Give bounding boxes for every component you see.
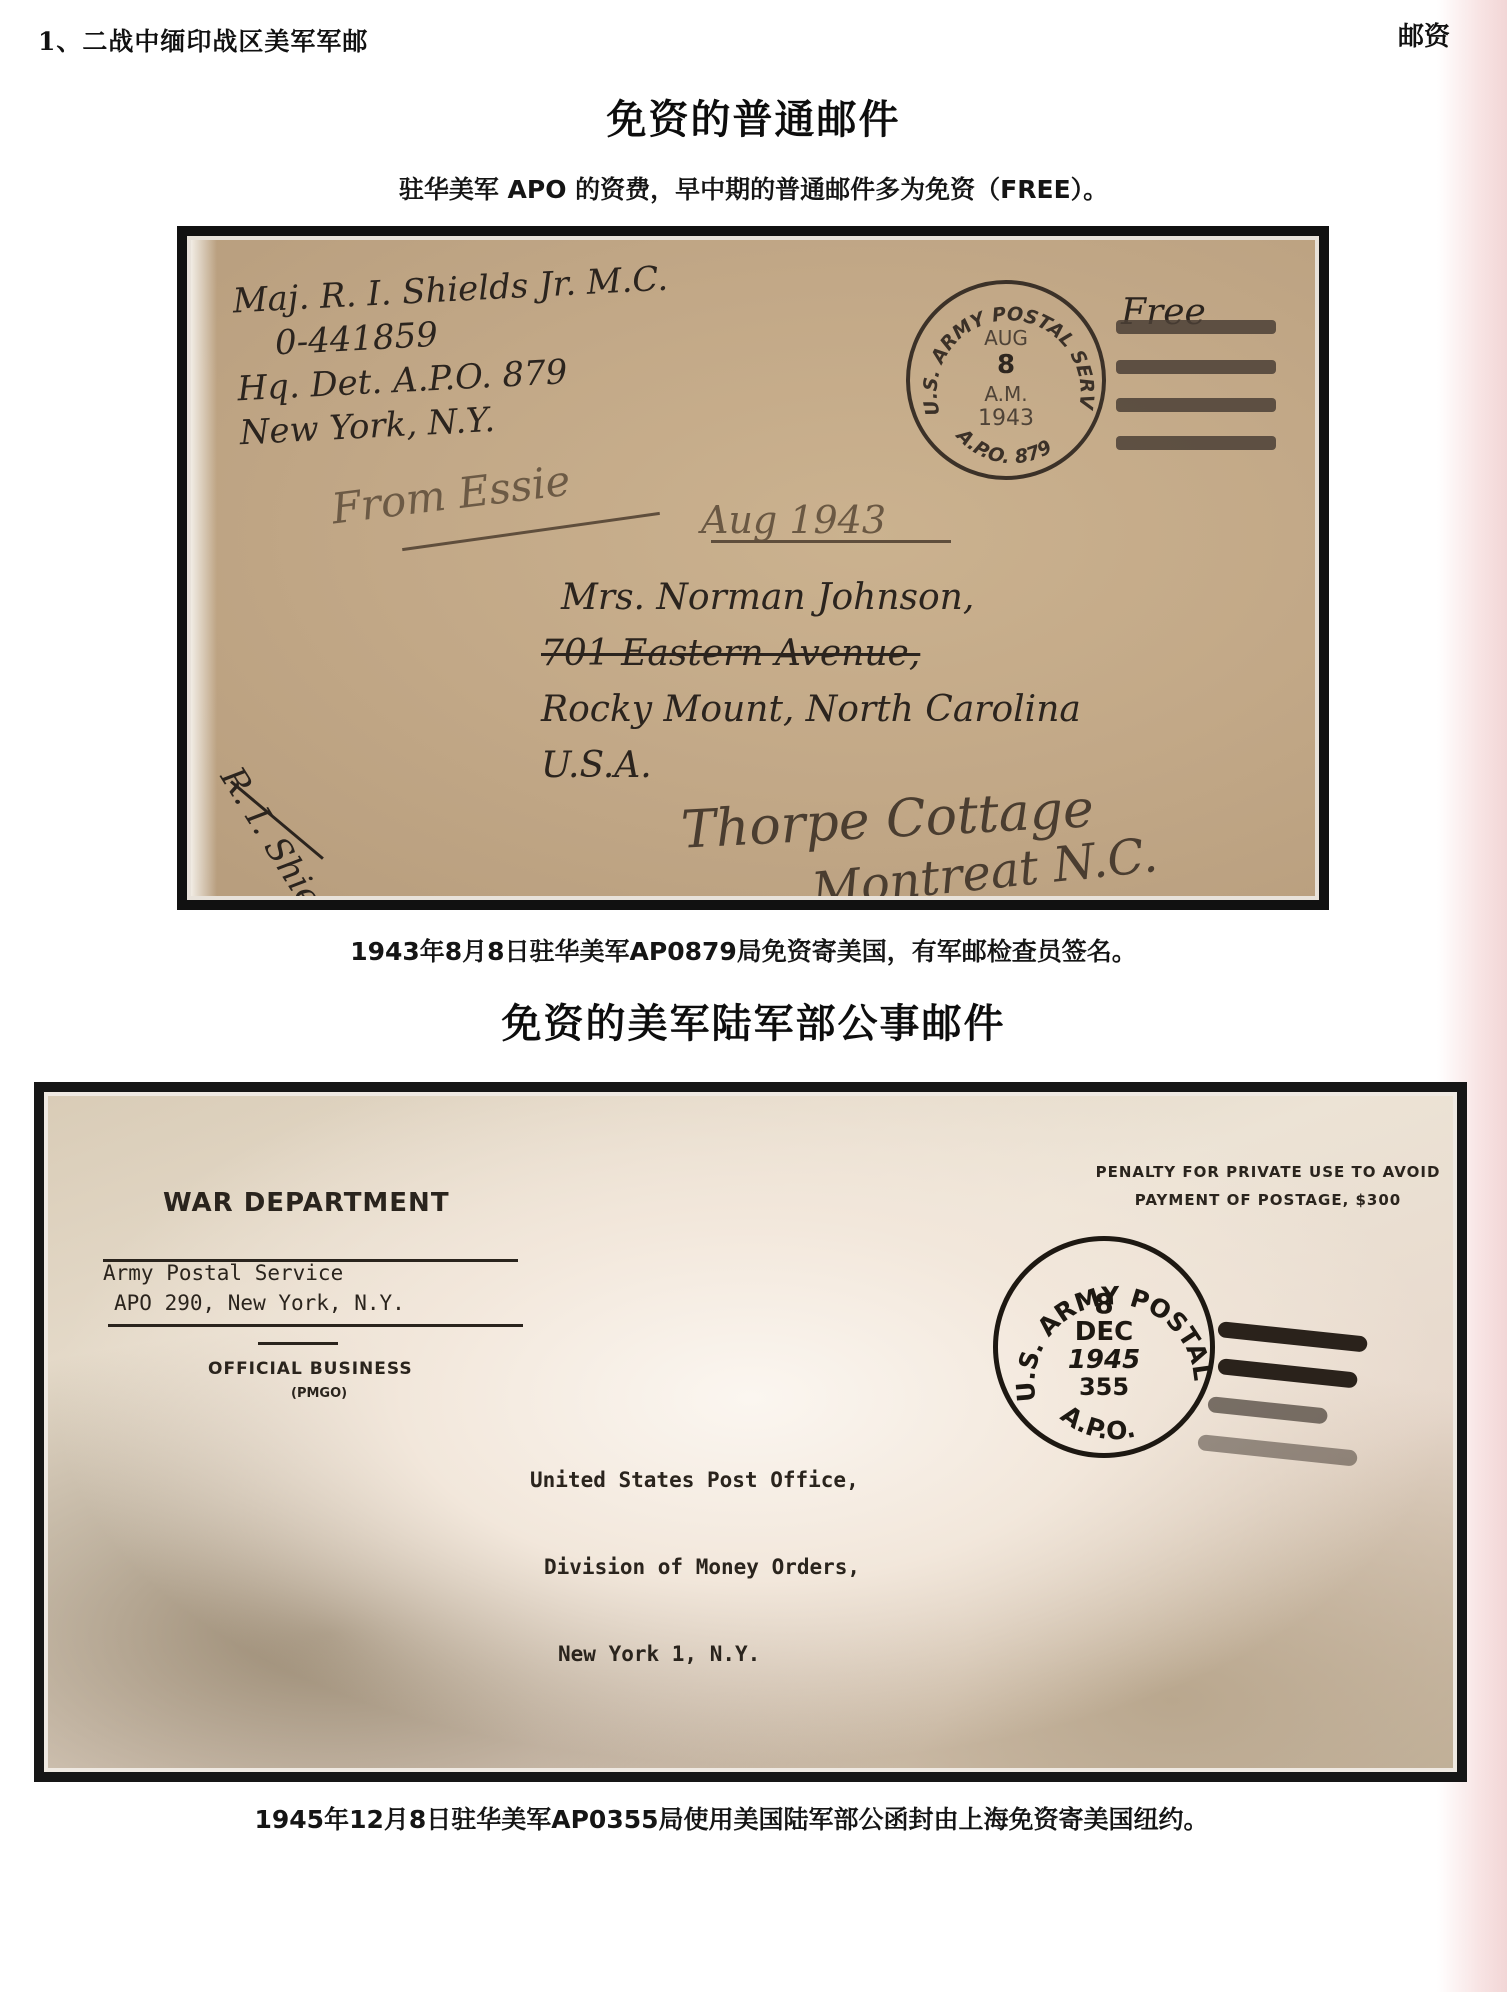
- censor-signature: R. I. Shields Jr.: [212, 760, 382, 900]
- recipient-line: Division of Money Orders,: [530, 1553, 860, 1582]
- category-label: 邮资: [1398, 16, 1450, 53]
- killer-bar: [1116, 320, 1276, 334]
- postmark-year: 1943: [910, 406, 1102, 431]
- official-code: (PMGO): [291, 1386, 347, 1401]
- return-address: Maj. R. I. Shields Jr. M.C. 0-441859 Hq.…: [232, 257, 676, 456]
- killer-bar: [1116, 436, 1276, 450]
- postmark-day: 8: [910, 350, 1102, 380]
- date-underline: [711, 540, 951, 543]
- recipient-line: Mrs. Norman Johnson,: [541, 570, 1081, 626]
- date-note: Aug 1943: [701, 498, 886, 542]
- recipient-line: United States Post Office,: [530, 1466, 860, 1495]
- sender-line1: Army Postal Service: [103, 1261, 343, 1285]
- section2-title: 免资的美军陆军部公事邮件: [0, 992, 1507, 1049]
- postmark-month: DEC: [998, 1317, 1210, 1347]
- recipient-line: Rocky Mount, North Carolina: [541, 682, 1081, 738]
- department-header: WAR DEPARTMENT: [163, 1188, 450, 1218]
- section-heading: 1、二战中缅印战区美军军邮: [38, 22, 368, 58]
- recipient-address: United States Post Office, Division of M…: [530, 1408, 860, 1727]
- section1-caption: 1943年8月8日驻华美军AP0879局免资寄美国，有军邮检查员签名。: [0, 932, 1497, 968]
- killer-bar: [1217, 1321, 1368, 1353]
- cover2-frame: WAR DEPARTMENT Army Postal Service APO 2…: [34, 1082, 1467, 1782]
- recipient-address: Mrs. Norman Johnson, 701 Eastern Avenue,…: [541, 570, 1081, 794]
- section2-caption: 1945年12月8日驻华美军AP0355局使用美国陆军部公函封由上海免资寄美国纽…: [0, 1800, 1485, 1836]
- penalty-notice: PENALTY FOR PRIVATE USE TO AVOID PAYMENT…: [1088, 1158, 1448, 1214]
- cover2-envelope: WAR DEPARTMENT Army Postal Service APO 2…: [44, 1092, 1457, 1772]
- postmark-year: 1945: [998, 1345, 1210, 1375]
- postmark-apo-number: 355: [998, 1373, 1210, 1401]
- killer-bar: [1116, 398, 1276, 412]
- cover1-frame: Maj. R. I. Shields Jr. M.C. 0-441859 Hq.…: [177, 226, 1329, 910]
- section1-intro: 驻华美军 APO 的资费，早中期的普通邮件多为免资（FREE）。: [0, 170, 1507, 206]
- penalty-line: PENALTY FOR PRIVATE USE TO AVOID: [1088, 1158, 1448, 1186]
- killer-bar: [1207, 1396, 1328, 1424]
- cover1-envelope: Maj. R. I. Shields Jr. M.C. 0-441859 Hq.…: [187, 236, 1319, 900]
- postmark-time: A.M.: [910, 382, 1102, 406]
- sender-line2: APO 290, New York, N.Y.: [114, 1291, 405, 1315]
- postmark-month: AUG: [910, 326, 1102, 350]
- recipient-line: New York 1, N.Y.: [530, 1640, 860, 1669]
- official-business: OFFICIAL BUSINESS: [208, 1359, 413, 1379]
- postmark-day: 8: [998, 1287, 1210, 1320]
- from-note: From Essie: [329, 456, 573, 534]
- rule-bottom: [108, 1324, 523, 1327]
- postmark-apo879: U.S. ARMY POSTAL SERVICE A.P.O. 879 AUG …: [906, 280, 1106, 480]
- postmark-apo355: U.S. ARMY POSTAL SERVICE A.P.O. 8 DEC 19…: [993, 1236, 1215, 1458]
- svg-text:A.P.O.: A.P.O.: [1055, 1400, 1137, 1446]
- killer-bar: [1197, 1434, 1358, 1467]
- killer-bar: [1116, 360, 1276, 374]
- section1-title: 免资的普通邮件: [0, 88, 1507, 145]
- penalty-line: PAYMENT OF POSTAGE, $300: [1088, 1186, 1448, 1214]
- rule-short: [258, 1342, 338, 1345]
- recipient-line-struck: 701 Eastern Avenue,: [541, 626, 1081, 682]
- killer-bar: [1217, 1358, 1358, 1389]
